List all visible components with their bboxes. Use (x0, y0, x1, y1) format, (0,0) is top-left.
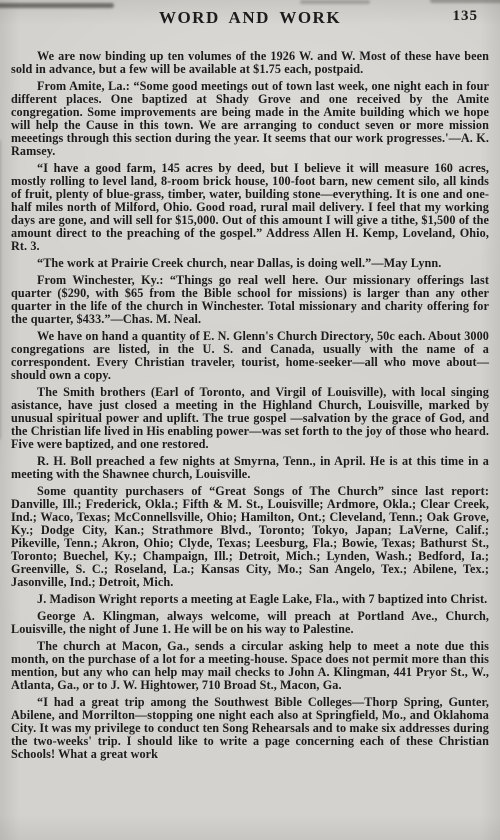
scanned-magazine-page: WORD AND WORK 135 We are now binding up … (0, 0, 500, 840)
paragraph: From Winchester, Ky.: “Things go real we… (11, 274, 489, 326)
paragraph: Some quantity purchasers of “Great Songs… (11, 485, 489, 589)
paragraph: “I had a great trip among the Southwest … (11, 696, 489, 761)
page-header: WORD AND WORK 135 (0, 0, 500, 34)
paragraph: “The work at Prairie Creek church, near … (11, 257, 489, 270)
paragraph: From Amite, La.: “Some good meetings out… (11, 80, 489, 158)
paragraph: J. Madison Wright reports a meeting at E… (11, 593, 489, 606)
journal-title: WORD AND WORK (0, 8, 500, 28)
paragraph: “I have a good farm, 145 acres by deed, … (11, 162, 489, 253)
page-body: We are now binding up ten volumes of the… (0, 34, 500, 761)
paragraph: We have on hand a quantity of E. N. Glen… (11, 330, 489, 382)
paragraph: The Smith brothers (Earl of Toronto, and… (11, 386, 489, 451)
page-number: 135 (453, 8, 479, 25)
paragraph: George A. Klingman, always welcome, will… (11, 610, 489, 636)
scan-artifact (0, 140, 1, 440)
paragraph: The church at Macon, Ga., sends a circul… (11, 640, 489, 692)
paragraph: We are now binding up ten volumes of the… (11, 50, 489, 76)
paragraph: R. H. Boll preached a few nights at Smyr… (11, 455, 489, 481)
